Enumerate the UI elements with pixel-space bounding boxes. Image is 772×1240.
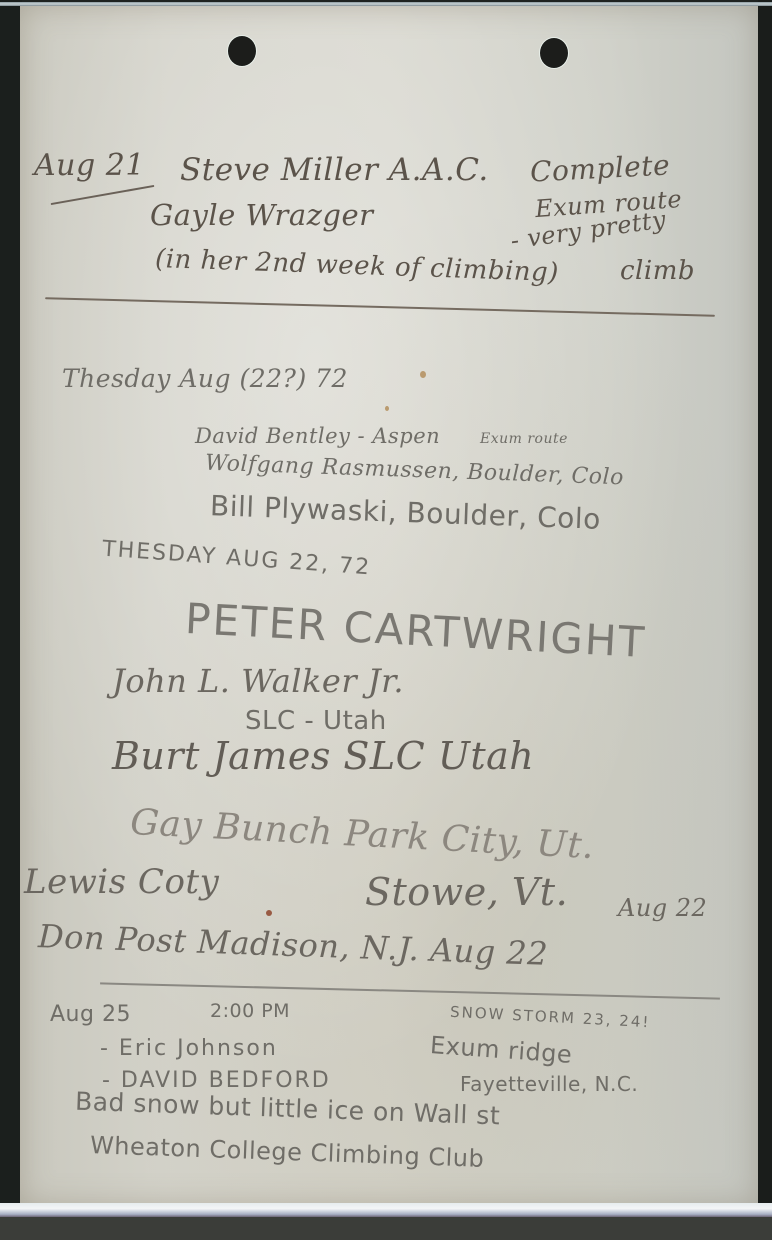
entry4-line5: Bad snow but little ice on Wall st (75, 1087, 501, 1131)
punch-hole-right (540, 38, 568, 68)
entry4-line4: Fayetteville, N.C. (460, 1072, 638, 1096)
backdrop (0, 0, 22, 1240)
entry1-line2: Gayle Wrazger (150, 198, 374, 232)
entry3-date: THESDAY AUG 22, 72 (101, 537, 371, 581)
entry1-line1: Steve Miller A.A.C. (180, 152, 489, 188)
register-page: Aug 21 Steve Miller A.A.C. Complete Gayl… (20, 6, 758, 1206)
entry3-line8: Aug 22 (618, 894, 707, 922)
binder-rod-bottom (0, 1203, 772, 1217)
entry3-line6: Lewis Coty (24, 862, 219, 902)
date-underline (51, 185, 155, 205)
stain (266, 910, 272, 916)
entry2-note: Exum route (480, 431, 568, 447)
section-divider-2 (100, 982, 720, 999)
entry1-note1: Complete (529, 148, 671, 188)
section-divider (45, 297, 715, 317)
entry4-date: Aug 25 (50, 1002, 131, 1027)
entry2-date: Thesday Aug (22?) 72 (62, 364, 348, 393)
backdrop-bottom (0, 1217, 772, 1240)
entry2-line1: David Bentley - Aspen (195, 424, 440, 448)
stain (385, 406, 389, 411)
entry4-line1: - Eric Johnson (100, 1036, 278, 1061)
entry4-line6: Wheaton College Climbing Club (90, 1131, 485, 1173)
entry2-line2: Wolfgang Rasmussen, Boulder, Colo (205, 451, 625, 491)
entry3-line2: John L. Walker Jr. (112, 662, 404, 700)
entry3-line7: Stowe, Vt. (365, 870, 568, 914)
backdrop-right (758, 0, 772, 1205)
entry3-line5: Gay Bunch Park City, Ut. (129, 802, 595, 867)
entry1-date: Aug 21 (34, 148, 145, 183)
entry3-line3: SLC - Utah (245, 706, 387, 736)
punch-hole-left (228, 36, 256, 66)
entry4-weather: SNOW STORM 23, 24! (450, 1003, 651, 1031)
entry1-note4: climb (620, 256, 695, 286)
entry3-line4: Burt James SLC Utah (112, 734, 534, 778)
entry4-time: 2:00 PM (210, 1000, 290, 1022)
entry3-line9: Don Post Madison, N.J. Aug 22 (37, 917, 548, 973)
entry3-line1: PETER CARTWRIGHT (184, 594, 647, 667)
entry2-line3: Bill Plywaski, Boulder, Colo (210, 489, 602, 536)
stain (420, 371, 426, 378)
entry4-line2: Exum ridge (429, 1031, 573, 1069)
binder-rod-top (0, 2, 772, 6)
entry1-line3: (in her 2nd week of climbing) (155, 244, 560, 288)
